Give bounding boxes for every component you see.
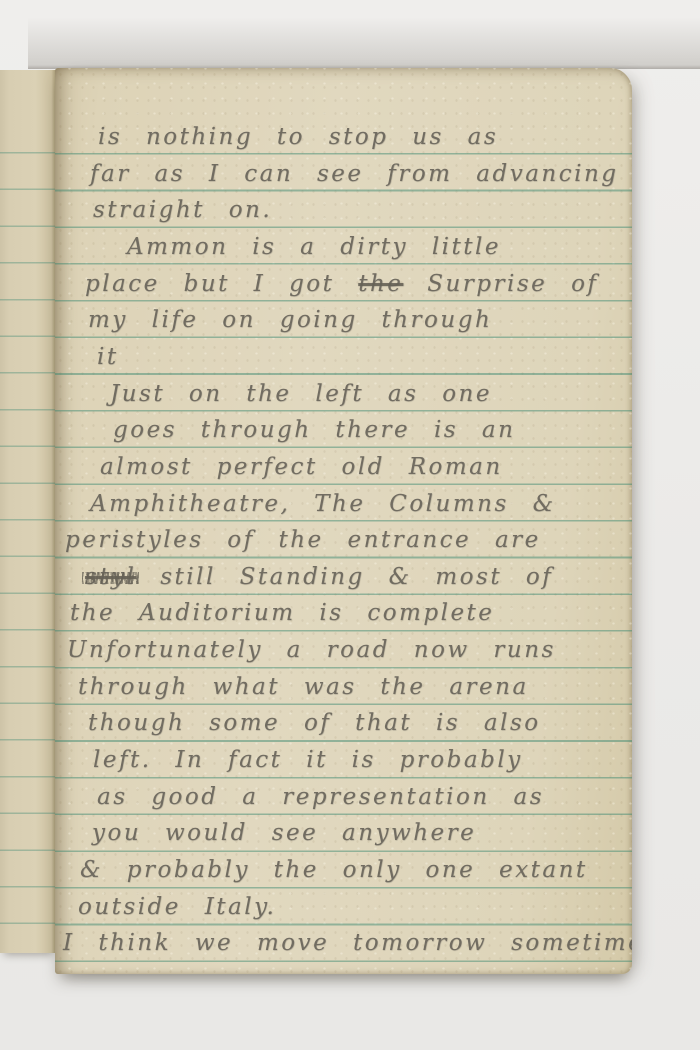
- handwritten-line: & probably the only one extant: [80, 855, 588, 885]
- handwriting-segment: you would see anywhere: [92, 820, 476, 846]
- handwriting-segment: far as I can see from advancing: [90, 161, 619, 187]
- handwritten-line: left. In fact it is probably: [93, 745, 523, 775]
- top-shadow: [28, 0, 700, 69]
- struck-word: styl: [85, 564, 136, 590]
- notebook-page: is nothing to stop us asfar as I can see…: [55, 68, 632, 974]
- handwriting-segment: outside Italy.: [78, 894, 276, 920]
- handwritten-line: is nothing to stop us as: [98, 122, 498, 152]
- handwriting-segment: left. In fact it is probably: [93, 747, 523, 773]
- handwriting-segment: & probably the only one extant: [80, 857, 588, 883]
- handwritten-line: the Auditorium is complete: [70, 598, 494, 628]
- struck-word: the: [358, 271, 403, 297]
- handwriting-segment: Amphitheatre, The Columns &: [90, 491, 556, 517]
- handwritten-line: my life on going through: [88, 305, 492, 335]
- handwriting-segment: it: [97, 344, 119, 370]
- handwriting-segment: peristyles of the entrance are: [65, 527, 541, 553]
- handwritten-line: you would see anywhere: [92, 818, 476, 848]
- handwritten-line: through what was the arena: [78, 672, 529, 702]
- handwritten-line: outside Italy.: [78, 892, 276, 922]
- handwritten-line: I think we move tomorrow sometime: [63, 928, 632, 958]
- previous-page-edge: [0, 70, 57, 953]
- handwritten-line: Amphitheatre, The Columns &: [90, 489, 556, 519]
- handwriting-segment: though some of that is also: [88, 710, 541, 736]
- handwriting-segment: the Auditorium is complete: [70, 600, 494, 626]
- handwriting-segment: Just on the left as one: [110, 381, 492, 407]
- handwritten-line: straight on.: [93, 195, 272, 225]
- handwriting-segment: as good a representation as: [97, 784, 544, 810]
- handwriting-segment: Ammon is a dirty little: [127, 234, 501, 260]
- handwriting-segment: Surprise of: [403, 271, 598, 297]
- handwritten-line: goes through there is an: [113, 415, 515, 445]
- handwritten-line: far as I can see from advancing: [90, 159, 619, 189]
- handwritten-line: it: [97, 342, 119, 372]
- handwritten-line: as good a representation as: [97, 782, 544, 812]
- handwritten-line: Unfortunately a road now runs: [67, 635, 556, 665]
- handwriting-segment: almost perfect old Roman: [100, 454, 503, 480]
- handwritten-line: peristyles of the entrance are: [65, 525, 541, 555]
- handwriting-segment: is nothing to stop us as: [98, 124, 498, 150]
- handwriting-segment: I think we move tomorrow sometime: [63, 930, 632, 956]
- handwriting-segment: my life on going through: [88, 307, 492, 333]
- handwriting-layer: is nothing to stop us asfar as I can see…: [55, 68, 632, 974]
- handwriting-segment: straight on.: [93, 197, 272, 223]
- handwritten-line: styl still Standing & most of: [85, 562, 553, 592]
- handwriting-segment: through what was the arena: [78, 674, 529, 700]
- handwritten-line: almost perfect old Roman: [100, 452, 503, 482]
- handwriting-segment: goes through there is an: [113, 417, 515, 443]
- handwriting-segment: place but I got: [85, 271, 358, 297]
- handwritten-line: though some of that is also: [88, 708, 541, 738]
- handwritten-line: Just on the left as one: [110, 379, 492, 409]
- handwriting-segment: still Standing & most of: [136, 564, 553, 590]
- ruled-lines-left-page: [0, 152, 57, 943]
- handwritten-line: Ammon is a dirty little: [127, 232, 501, 262]
- handwritten-line: place but I got the Surprise of: [85, 269, 598, 299]
- notebook-photo: is nothing to stop us asfar as I can see…: [0, 0, 700, 1050]
- handwriting-segment: Unfortunately a road now runs: [67, 637, 556, 663]
